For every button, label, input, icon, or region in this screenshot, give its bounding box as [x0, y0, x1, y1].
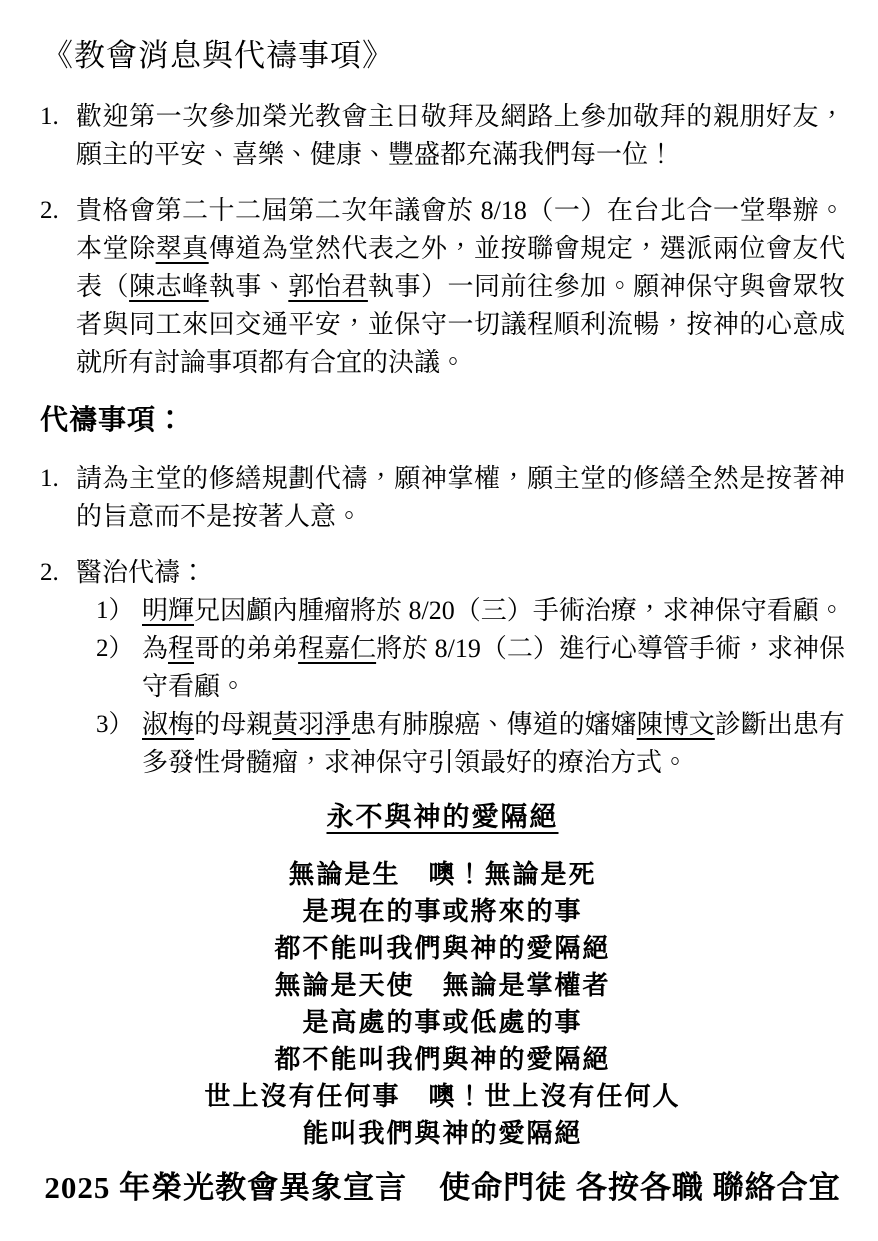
announcement-item-2: 2. 貴格會第二十二屆第二次年議會於 8/18（一）在台北合一堂舉辦。本堂除翠真…: [40, 192, 845, 382]
item-text: 歡迎第一次參加榮光教會主日敬拜及網路上參加敬拜的親朋好友，願主的平安、喜樂、健康…: [76, 98, 845, 174]
prayer-item-1: 1. 請為主堂的修繕規劃代禱，願神掌權，願主堂的修繕全然是按著神的旨意而不是按著…: [40, 460, 845, 536]
poem-line: 是高處的事或低處的事: [40, 1004, 845, 1041]
poem-line: 無論是生 噢！無論是死: [40, 856, 845, 893]
subitem-text: 淑梅的母親黃羽淨患有肺腺癌、傳道的嬸嬸陳博文診斷出患有多發性骨髓瘤，求神保守引領…: [142, 706, 845, 782]
healing-prayer-subitem-1: 1） 明輝兄因顱內腫瘤將於 8/20（三）手術治療，求神保守看顧。: [96, 592, 845, 630]
subitem-text: 明輝兄因顱內腫瘤將於 8/20（三）手術治療，求神保守看顧。: [142, 592, 845, 630]
item-number: 1.: [40, 98, 76, 174]
document-page: 《教會消息與代禱事項》 1. 歡迎第一次參加榮光教會主日敬拜及網路上參加敬拜的親…: [0, 0, 878, 1241]
prayer-item-2: 2. 醫治代禱： 1） 明輝兄因顱內腫瘤將於 8/20（三）手術治療，求神保守看…: [40, 554, 845, 782]
subitem-text: 為程哥的弟弟程嘉仁將於 8/19（二）進行心導管手術，求神保守看顧。: [142, 630, 845, 706]
poem-line: 都不能叫我們與神的愛隔絕: [40, 1041, 845, 1078]
vision-statement: 2025 年榮光教會異象宣言 使命門徒 各按各職 聯絡合宜: [40, 1166, 845, 1210]
item-number: 2.: [40, 554, 76, 782]
item-text: 貴格會第二十二屆第二次年議會於 8/18（一）在台北合一堂舉辦。本堂除翠真傳道為…: [76, 192, 845, 382]
healing-prayer-sublist: 1） 明輝兄因顱內腫瘤將於 8/20（三）手術治療，求神保守看顧。 2） 為程哥…: [76, 592, 845, 782]
document-title: 《教會消息與代禱事項》: [42, 34, 845, 78]
prayer-item-2-lead: 醫治代禱：: [76, 554, 845, 592]
poem-line: 無論是天使 無論是掌權者: [40, 967, 845, 1004]
prayer-section-heading: 代禱事項：: [40, 400, 845, 442]
healing-prayer-subitem-2: 2） 為程哥的弟弟程嘉仁將於 8/19（二）進行心導管手術，求神保守看顧。: [96, 630, 845, 706]
item-number: 1.: [40, 460, 76, 536]
poem-line: 是現在的事或將來的事: [40, 893, 845, 930]
poem-line: 能叫我們與神的愛隔絕: [40, 1115, 845, 1152]
subitem-number: 2）: [96, 630, 142, 706]
hymn-title: 永不與神的愛隔絕: [40, 800, 845, 834]
announcement-item-1: 1. 歡迎第一次參加榮光教會主日敬拜及網路上參加敬拜的親朋好友，願主的平安、喜樂…: [40, 98, 845, 174]
item-text: 醫治代禱： 1） 明輝兄因顱內腫瘤將於 8/20（三）手術治療，求神保守看顧。 …: [76, 554, 845, 782]
poem-line: 都不能叫我們與神的愛隔絕: [40, 930, 845, 967]
hymn-title-text: 永不與神的愛隔絕: [327, 802, 559, 832]
item-number: 2.: [40, 192, 76, 382]
hymn-lyrics: 無論是生 噢！無論是死 是現在的事或將來的事 都不能叫我們與神的愛隔絕 無論是天…: [40, 856, 845, 1152]
healing-prayer-subitem-3: 3） 淑梅的母親黃羽淨患有肺腺癌、傳道的嬸嬸陳博文診斷出患有多發性骨髓瘤，求神保…: [96, 706, 845, 782]
poem-line: 世上沒有任何事 噢！世上沒有任何人: [40, 1078, 845, 1115]
subitem-number: 3）: [96, 706, 142, 782]
subitem-number: 1）: [96, 592, 142, 630]
item-text: 請為主堂的修繕規劃代禱，願神掌權，願主堂的修繕全然是按著神的旨意而不是按著人意。: [76, 460, 845, 536]
